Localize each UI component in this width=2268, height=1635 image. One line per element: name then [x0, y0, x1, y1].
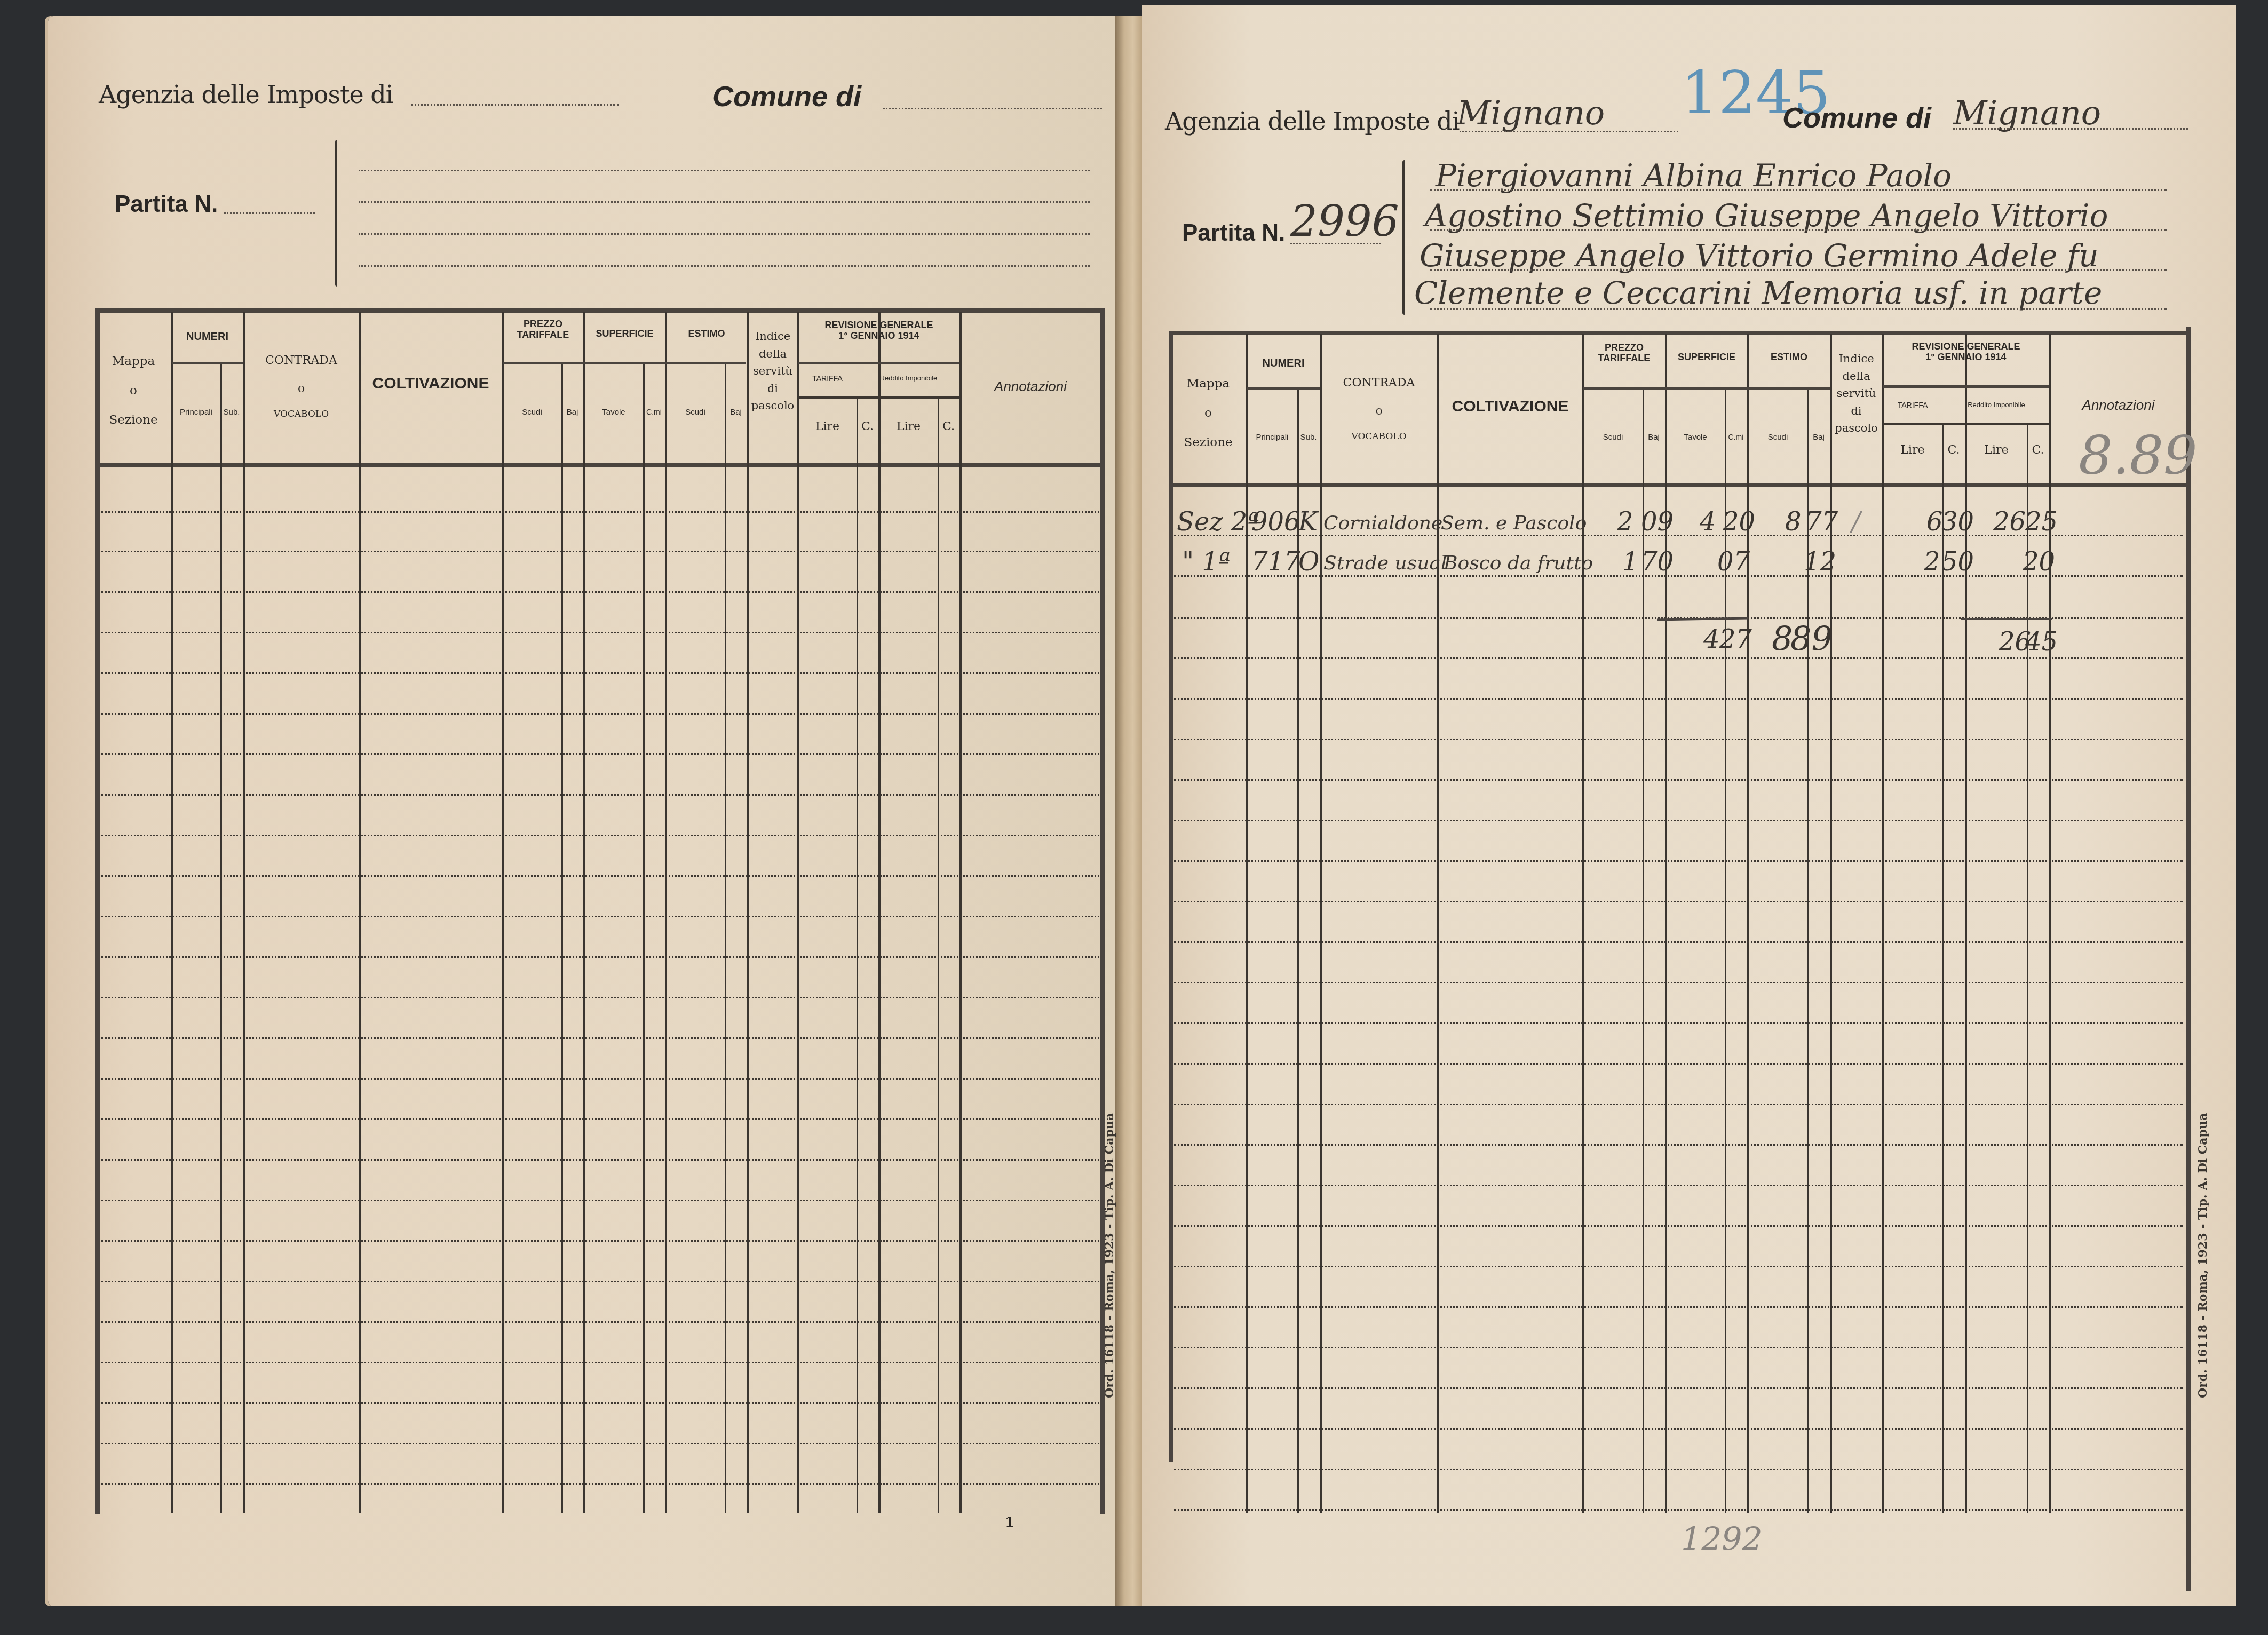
- comune-value[interactable]: Mignano: [1953, 93, 2101, 132]
- left-page-number: 1: [1005, 1514, 1014, 1530]
- cell-principali: 717: [1251, 547, 1300, 577]
- col-tariffa: TARIFFA: [1883, 401, 1942, 409]
- cell-reddito-c: 25: [2025, 507, 2058, 537]
- cell-sub: O: [1298, 547, 1319, 577]
- agenzia-label: Agenzia delle Imposte di: [1165, 107, 1459, 136]
- partita-value[interactable]: 2996: [1290, 196, 1399, 246]
- comune-label: Comune di: [712, 80, 861, 113]
- col-prezzo-scudi: Scudi: [503, 408, 561, 417]
- owner-line-2[interactable]: [359, 201, 1090, 203]
- col-revisione-generale: REVISIONE GENERALE1° GENNAIO 1914: [798, 320, 959, 342]
- total-sup-tavole: 4: [1703, 624, 1720, 654]
- cell-coltivazione: Bosco da frutto: [1444, 552, 1593, 574]
- col-coltivazione: COLTIVAZIONE: [1438, 398, 1582, 415]
- owner-brace: [335, 140, 337, 287]
- cell-mappa: Sez 2ª: [1177, 507, 1259, 537]
- col-reddito: Reddito Imponibile: [858, 375, 959, 382]
- col-estimo-scudi: Scudi: [1748, 433, 1807, 442]
- col-numeri: NUMERI: [172, 331, 243, 343]
- col-tariffa-lire: Lire: [798, 420, 857, 433]
- owner-underline-3: [1430, 269, 2167, 271]
- owner-line-3[interactable]: [359, 233, 1090, 235]
- cell-tariffa-lire: 2: [1924, 547, 1940, 577]
- cell-principali: 906: [1251, 507, 1300, 537]
- col-estimo-scudi: Scudi: [666, 408, 725, 417]
- cell-prezzo-baj: 70: [1641, 547, 1674, 577]
- cell-sup-cmi: 07: [1717, 547, 1750, 577]
- partita-label: Partita N.: [115, 191, 218, 218]
- comune-field[interactable]: [883, 108, 1102, 109]
- book-gutter: [1115, 16, 1145, 1606]
- col-indice-servitu: Indicedellaservitùdipascolo: [748, 328, 797, 415]
- left-printer-imprint: Ord. 16118 - Roma, 1923 - Tip. A. Di Cap…: [1103, 1113, 1116, 1398]
- comune-label: Comune di: [1782, 101, 1931, 134]
- cell-coltivazione: Sem. e Pascolo: [1441, 512, 1587, 534]
- total-sup-cmi: 27: [1719, 624, 1752, 654]
- col-sup-cmi: C.mi: [643, 408, 665, 416]
- col-estimo-baj: Baj: [1807, 433, 1830, 442]
- cell-contrada: Cornialdone: [1323, 512, 1442, 534]
- owner-line-2[interactable]: Agostino Settimio Giuseppe Angelo Vittor…: [1425, 197, 2108, 234]
- col-reddito-lire: Lire: [1966, 444, 2027, 457]
- cell-estimo-baj: 77: [1805, 507, 1838, 537]
- col-prezzo-scudi: Scudi: [1583, 433, 1643, 442]
- col-estimo-baj: Baj: [725, 408, 747, 417]
- col-indice-servitu: Indicedellaservitùdipascolo: [1831, 350, 1882, 437]
- total-estimo-baj: 89: [1790, 619, 1833, 658]
- col-annotazioni: Annotazioni: [2050, 398, 2186, 413]
- owner-line-4[interactable]: [359, 265, 1090, 267]
- col-sup-cmi: C.mi: [1725, 433, 1747, 441]
- partita-field[interactable]: [224, 212, 315, 214]
- owner-underline-4: [1430, 308, 2167, 310]
- owner-underline-2: [1430, 229, 2167, 231]
- col-revisione-generale: REVISIONE GENERALE1° GENNAIO 1914: [1883, 342, 2049, 363]
- owner-line-1[interactable]: Piergiovanni Albina Enrico Paolo: [1436, 157, 1952, 194]
- col-estimo: ESTIMO: [1748, 352, 1830, 363]
- col-reddito-c: C.: [2027, 444, 2049, 457]
- col-prezzo-baj: Baj: [561, 408, 583, 417]
- col-prezzo-tariffale: PREZZOTARIFFALE: [503, 319, 583, 340]
- col-mappa: MappaoSezione: [1170, 369, 1246, 458]
- total-rule-reddito: [1961, 618, 2052, 620]
- cell-reddito-lire: 26: [1993, 507, 2026, 537]
- col-sup-tavole: Tavole: [584, 408, 643, 417]
- col-reddito-lire: Lire: [879, 420, 938, 433]
- cell-sup-cmi: 20: [1723, 507, 1755, 537]
- col-superficie: SUPERFICIE: [584, 329, 665, 339]
- col-tariffa-c: C.: [1942, 444, 1965, 457]
- partita-field: [1290, 243, 1381, 244]
- col-reddito-c: C.: [938, 420, 959, 433]
- left-page: [48, 16, 1115, 1606]
- cell-tariffa-lire: 6: [1926, 507, 1943, 537]
- agenzia-label: Agenzia delle Imposte di: [99, 80, 393, 109]
- cell-prezzo-baj: 09: [1641, 507, 1674, 537]
- owner-underline-1: [1430, 189, 2167, 191]
- col-principali: Principali: [1247, 433, 1297, 442]
- owner-brace: [1402, 160, 1405, 315]
- col-estimo: ESTIMO: [666, 329, 747, 339]
- cell-mappa: " 1ª: [1182, 547, 1231, 577]
- col-contrada: CONTRADAoVOCABOLO: [1321, 369, 1437, 447]
- owner-line-3[interactable]: Giuseppe Angelo Vittorio Germino Adele f…: [1420, 237, 2099, 274]
- cell-tariffa-c: 50: [1941, 547, 1974, 577]
- cell-tariffa-c: 30: [1941, 507, 1974, 537]
- col-numeri: NUMERI: [1247, 358, 1320, 369]
- col-prezzo-tariffale: PREZZOTARIFFALE: [1583, 343, 1665, 364]
- col-annotazioni: Annotazioni: [961, 379, 1100, 394]
- col-tariffa: TARIFFA: [798, 375, 857, 383]
- col-coltivazione: COLTIVAZIONE: [360, 375, 502, 392]
- col-mappa: MappaoSezione: [96, 347, 171, 435]
- owner-line-4[interactable]: Clemente e Ceccarini Memoria usf. in par…: [1414, 275, 2102, 311]
- col-tariffa-lire: Lire: [1883, 444, 1942, 457]
- col-sup-tavole: Tavole: [1666, 433, 1725, 442]
- col-contrada: CONTRADAoVOCABOLO: [244, 347, 359, 425]
- cell-estimo-scudi: 8: [1785, 507, 1802, 537]
- cell-reddito-c: 20: [2023, 547, 2055, 577]
- partita-label: Partita N.: [1182, 220, 1285, 247]
- cell-estimo-baj: 12: [1804, 547, 1836, 577]
- annotation-total: 8.89: [2079, 424, 2198, 487]
- right-printer-imprint: Ord. 16118 - Roma, 1923 - Tip. A. Di Cap…: [2196, 1113, 2210, 1398]
- comune-field: [1953, 128, 2188, 130]
- agenzia-field: [1460, 131, 1678, 132]
- col-sub: Sub.: [1297, 433, 1320, 442]
- cell-contrada: Strade usual: [1323, 552, 1447, 574]
- agenzia-field[interactable]: [411, 104, 619, 106]
- col-sub: Sub.: [220, 408, 243, 417]
- cell-prezzo-scudi: 2: [1617, 507, 1633, 537]
- col-principali: Principali: [172, 408, 220, 417]
- agenzia-value[interactable]: Mignano: [1457, 93, 1605, 132]
- col-superficie: SUPERFICIE: [1666, 352, 1747, 363]
- owner-line-1[interactable]: [359, 170, 1090, 171]
- cell-sup-tavole: 4: [1700, 507, 1716, 537]
- cell-sub: K: [1298, 507, 1318, 537]
- total-estimo-scudi: 8: [1772, 619, 1793, 658]
- cell-prezzo-scudi: 1: [1622, 547, 1639, 577]
- cell-indice: /: [1852, 507, 1860, 537]
- total-reddito-c: 45: [2025, 627, 2058, 657]
- col-tariffa-c: C.: [857, 420, 878, 433]
- col-prezzo-baj: Baj: [1643, 433, 1665, 442]
- col-reddito: Reddito Imponibile: [1944, 401, 2049, 409]
- footer-note: 1292: [1681, 1521, 1763, 1558]
